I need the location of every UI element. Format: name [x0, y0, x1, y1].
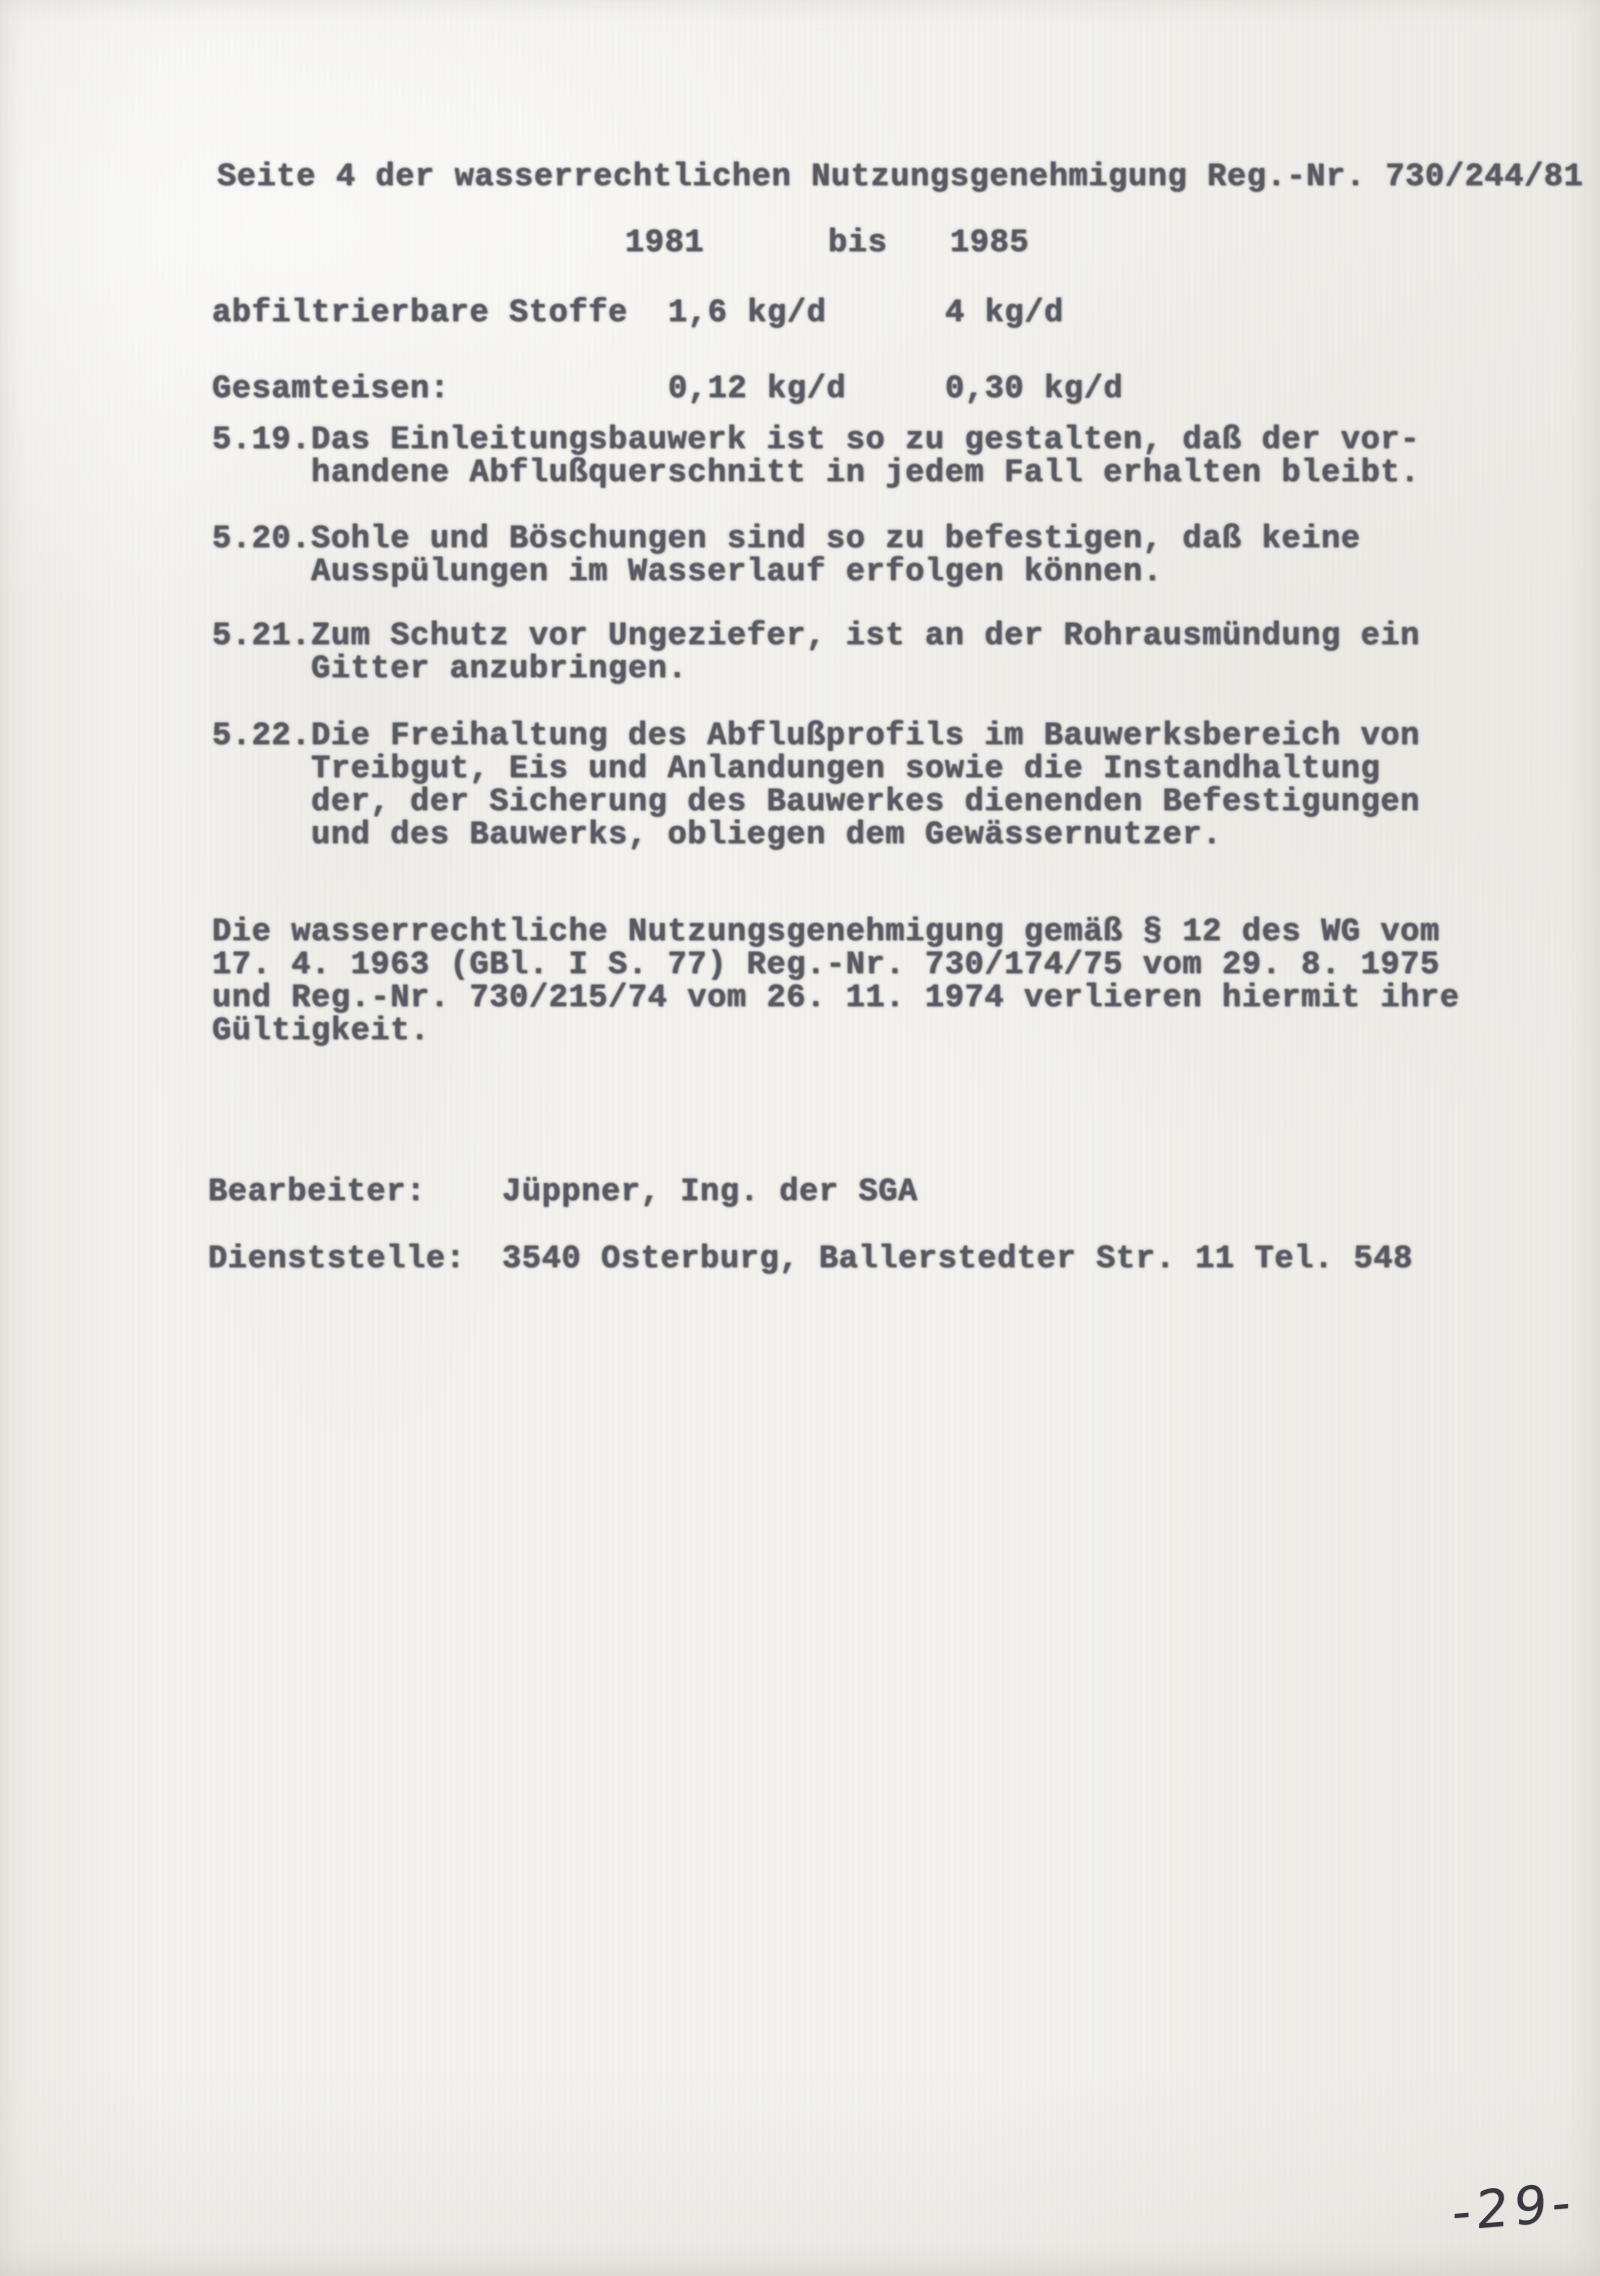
closing-paragraph: Die wasserrechtliche Nutzungsgenehmigung…	[212, 915, 1532, 1047]
processor-value: Jüppner, Ing. der SGA	[502, 1175, 918, 1208]
processor-label: Bearbeiter:	[208, 1175, 426, 1208]
page-header-line: Seite 4 der wasserrechtlichen Nutzungsge…	[217, 160, 1583, 193]
period-start-year: 1981	[625, 226, 704, 259]
typewritten-ink-layer: Seite 4 der wasserrechtlichen Nutzungsge…	[0, 0, 1600, 2276]
limit-row-total-iron: Gesamteisen: 0,12 kg/d 0,30 kg/d	[0, 372, 1600, 405]
parameter-label: Gesamteisen:	[212, 372, 450, 405]
clause-text: Zum Schutz vor Ungeziefer, ist an der Ro…	[311, 619, 1420, 685]
clause-text: Sohle und Böschungen sind so zu befestig…	[311, 522, 1361, 588]
period-row: 1981 bis 1985	[0, 226, 1600, 259]
value-1981: 0,12 kg/d	[668, 372, 846, 405]
office-label: Dienststelle:	[208, 1242, 465, 1275]
limit-row-filterable-solids: abfiltrierbare Stoffe 1,6 kg/d 4 kg/d	[0, 296, 1600, 329]
clause-5-21: 5.21. Zum Schutz vor Ungeziefer, ist an …	[212, 619, 1512, 685]
clause-number: 5.19.	[212, 423, 311, 456]
clause-number: 5.21.	[212, 619, 311, 652]
period-connector: bis	[828, 226, 887, 259]
value-1985: 0,30 kg/d	[945, 372, 1123, 405]
value-1981: 1,6 kg/d	[668, 296, 826, 329]
clause-text: Die Freihaltung des Abflußprofils im Bau…	[311, 719, 1420, 851]
clause-5-22: 5.22. Die Freihaltung des Abflußprofils …	[212, 719, 1512, 851]
clause-number: 5.22.	[212, 719, 311, 752]
clause-text: Das Einleitungsbauwerk ist so zu gestalt…	[311, 423, 1420, 489]
clause-5-20: 5.20. Sohle und Böschungen sind so zu be…	[212, 522, 1512, 588]
clause-5-19: 5.19. Das Einleitungsbauwerk ist so zu g…	[212, 423, 1512, 489]
clause-number: 5.20.	[212, 522, 311, 555]
handwritten-page-number: -29-	[1451, 2172, 1576, 2243]
office-row: Dienststelle: 3540 Osterburg, Ballersted…	[0, 1242, 1600, 1275]
period-end-year: 1985	[950, 226, 1029, 259]
value-1985: 4 kg/d	[945, 296, 1064, 329]
office-value: 3540 Osterburg, Ballerstedter Str. 11 Te…	[502, 1242, 1413, 1275]
processor-row: Bearbeiter: Jüppner, Ing. der SGA	[0, 1175, 1600, 1208]
parameter-label: abfiltrierbare Stoffe	[212, 296, 628, 329]
document-scan-page: Seite 4 der wasserrechtlichen Nutzungsge…	[0, 0, 1600, 2276]
